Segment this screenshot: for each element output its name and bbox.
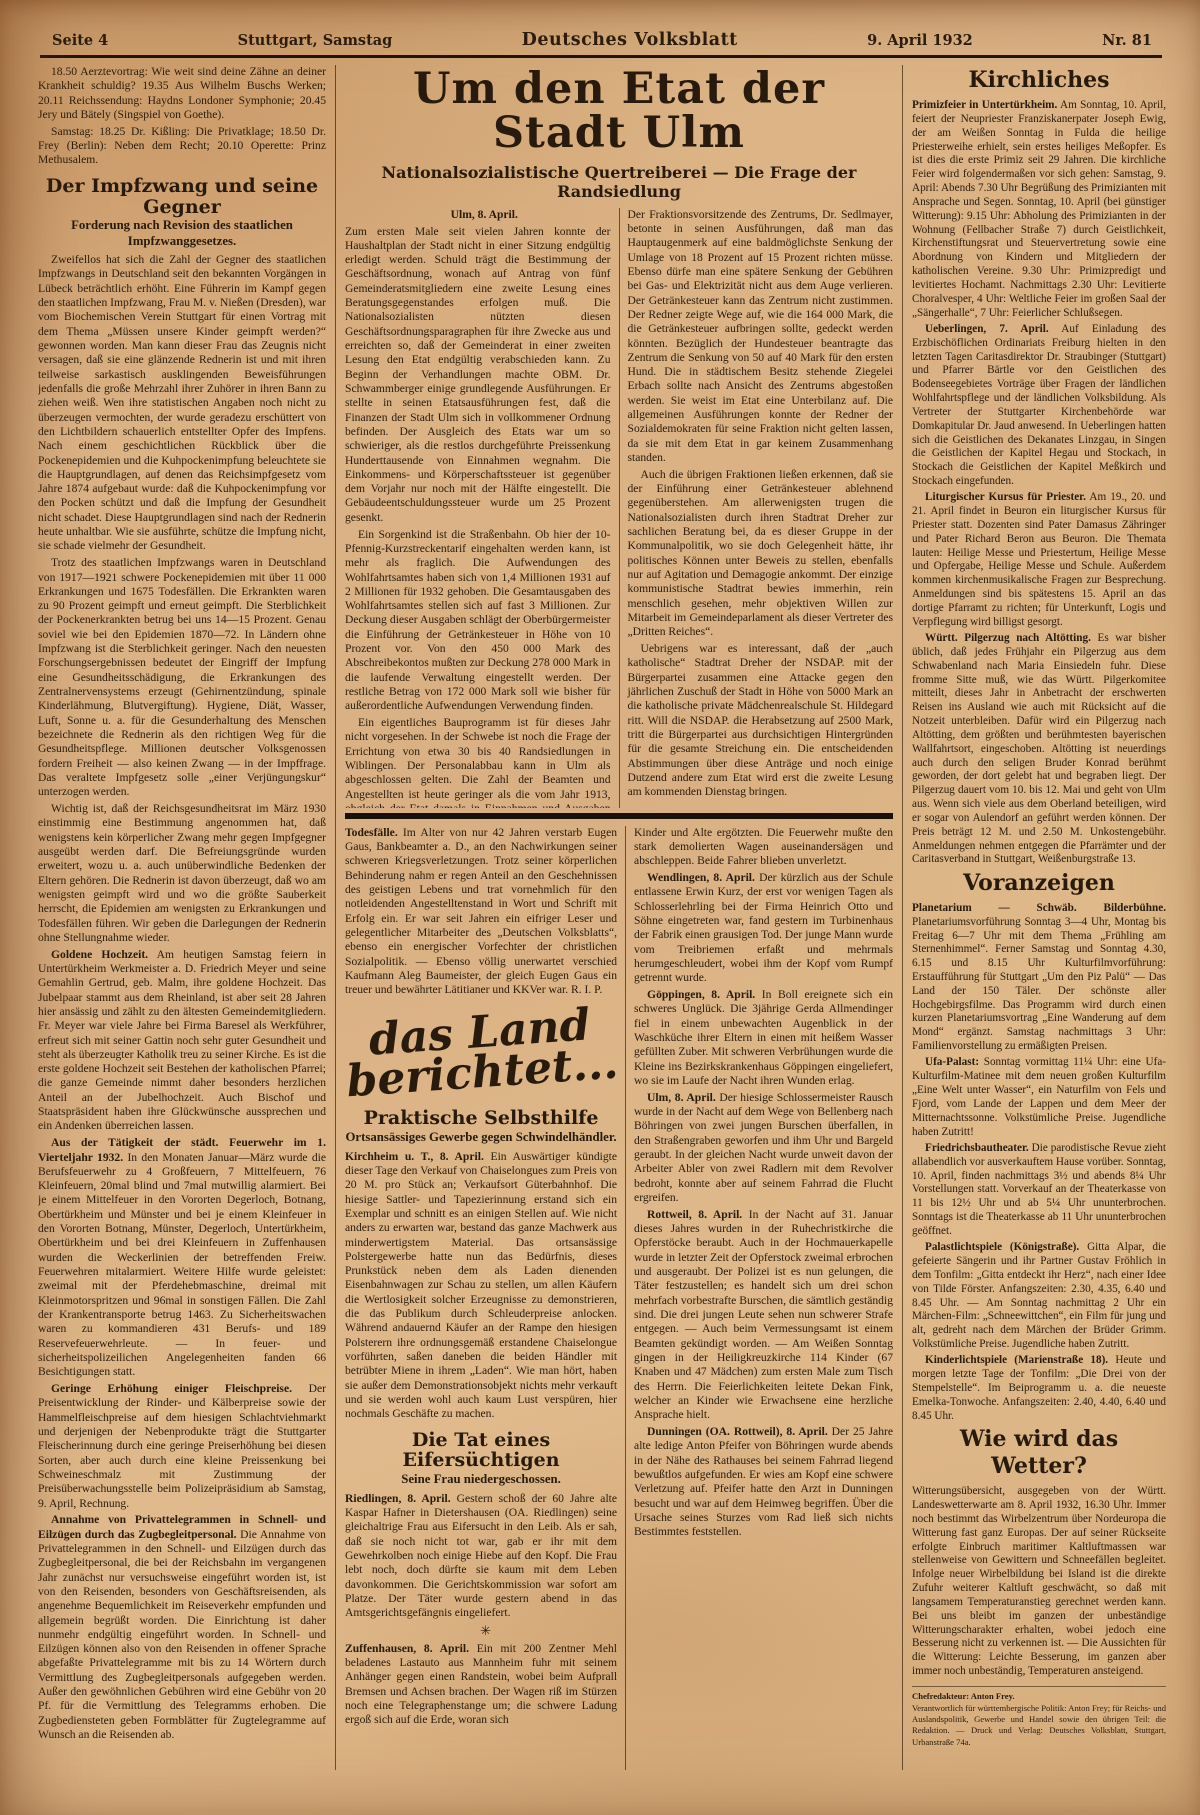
- lead-article-body: Ulm, 8. April. Zum ersten Male seit viel…: [345, 208, 893, 808]
- news-item-dateline: Rottweil, 8. April.: [647, 1208, 742, 1221]
- header-rule: [40, 55, 1162, 58]
- main-headline: Um den Etat der Stadt Ulm: [345, 68, 893, 156]
- impfzwang-paragraph: Zweifellos hat sich die Zahl der Gegner …: [38, 253, 326, 554]
- news-item-lead: Geringe Erhöhung einiger Fleischpreise.: [51, 1382, 292, 1395]
- voranzeige-text: Sonntag vormittag 11¼ Uhr: eine Ufa-Kult…: [912, 1056, 1166, 1137]
- news-item-text: Der Preisentwicklung der Rinder- und Käl…: [38, 1382, 326, 1510]
- page-columns: 18.50 Aerztevortrag: Wie weit sind deine…: [0, 60, 1200, 1770]
- news-item-todesfaelle: Todesfälle. Im Alter von nur 42 Jahren v…: [345, 826, 617, 998]
- impfzwang-paragraph: Wichtig ist, daß der Reichsgesundheitsra…: [38, 802, 326, 945]
- news-item-text: Ein Auswärtiger kündigte dieser Tage den…: [345, 1150, 617, 1421]
- regional-col-a: Todesfälle. Im Alter von nur 42 Jahren v…: [345, 826, 626, 1770]
- kirchliches-section-head: Kirchliches: [912, 67, 1166, 94]
- church-item-text: Es war bisher üblich, daß jedes Frühjahr…: [912, 632, 1166, 865]
- radio-program-samstag: Samstag: 18.25 Dr. Kißling: Die Privatkl…: [38, 125, 326, 168]
- imprint-editor-line: Chefredakteur: Anton Frey.: [912, 1691, 1166, 1702]
- voranzeige-text: Die parodistische Revue zieht allabendli…: [912, 1142, 1166, 1237]
- news-item-goeppingen: Göppingen, 8. April. In Boll ereignete s…: [634, 988, 893, 1088]
- news-item-fleischpreise: Geringe Erhöhung einiger Fleischpreise. …: [38, 1382, 326, 1511]
- lead-article-col-a: Ulm, 8. April. Zum ersten Male seit viel…: [345, 208, 620, 808]
- voranzeige-lead: Friedrichsbautheater.: [925, 1142, 1029, 1154]
- news-item-text: In Boll ereignete sich ein schweres Ungl…: [634, 988, 893, 1087]
- lead-article-header: Um den Etat der Stadt Ulm Nationalsozial…: [345, 65, 893, 208]
- selbsthilfe-subhead: Ortsansässiges Gewerbe gegen Schwindelhä…: [345, 1130, 617, 1145]
- church-item-pilgerzug: Württ. Pilgerzug nach Altötting. Es war …: [912, 632, 1166, 867]
- eifersucht-headline: Die Tat eines Eifersüchtigen: [345, 1430, 617, 1472]
- news-item-goldene-hochzeit: Goldene Hochzeit. Am heutigen Samstag fe…: [38, 948, 326, 1134]
- church-item-lead: Liturgischer Kursus für Priester.: [925, 491, 1086, 503]
- voranzeige-text: Planetariumsvorführung Sonntag 3—4 Uhr, …: [912, 916, 1166, 1052]
- regional-col-b: Kinder und Alte ergötzten. Die Feuerwehr…: [626, 826, 893, 1770]
- section-divider-bar: [345, 813, 893, 819]
- news-item-dateline: Ulm, 8. April.: [647, 1091, 716, 1104]
- selbsthilfe-headline: Praktische Selbsthilfe: [345, 1108, 617, 1129]
- voranzeige-lead: Ufa-Palast:: [925, 1056, 979, 1068]
- article-paragraph: Ein eigentliches Bauprogramm ist für die…: [345, 716, 611, 808]
- right-column: Kirchliches Primizfeier in Untertürkheim…: [902, 65, 1166, 1770]
- church-item-primizfeier: Primizfeier in Untertürkheim. Am Sonntag…: [912, 99, 1166, 320]
- voranzeige-lead: Palastlichtspiele (Königstraße).: [925, 1241, 1079, 1253]
- land-berichtet-script-title: das Land berichtet...: [345, 1004, 620, 1104]
- news-item-text: Der 25 Jahre alte ledige Anton Pfeifer v…: [634, 1425, 893, 1538]
- news-item-text: In den Monaten Januar—März wurde die Ber…: [38, 1151, 326, 1379]
- news-item-text: In der Nacht auf 31. Januar dieses Jahre…: [634, 1208, 893, 1421]
- voranzeige-lead: Kinderlichtspiele (Marienstraße 18).: [925, 1354, 1108, 1366]
- news-item-text: Im Alter von nur 42 Jahren verstarb Euge…: [345, 826, 617, 996]
- impfzwang-paragraph: Trotz des staatlichen Impfzwangs waren i…: [38, 556, 326, 799]
- news-item-dateline: Zuffenhausen, 8. April.: [345, 1642, 469, 1655]
- eifersucht-subhead: Seine Frau niedergeschossen.: [345, 1472, 617, 1487]
- masthead-title: Deutsches Volksblatt: [522, 30, 738, 50]
- news-item-feuerwehr: Aus der Tätigkeit der städt. Feuerwehr i…: [38, 1136, 326, 1379]
- church-item-liturgischer-kursus: Liturgischer Kursus für Priester. Am 19.…: [912, 491, 1166, 629]
- news-item-text: Gestern schoß der 60 Jahre alte Kaspar H…: [345, 1492, 617, 1620]
- article-paragraph: Uebrigens war es interessant, daß der „a…: [628, 642, 894, 799]
- news-item-telegramme: Annahme von Privattelegrammen in Schnell…: [38, 1513, 326, 1742]
- impfzwang-subhead: Forderung nach Revision des staatlichen …: [38, 218, 326, 249]
- article-paragraph: Zum ersten Male seit vielen Jahren konnt…: [345, 225, 611, 526]
- news-item-lead: Goldene Hochzeit.: [51, 948, 148, 961]
- star-separator: ✳: [345, 1623, 617, 1639]
- news-item-dateline: Dunningen (OA. Rottweil), 8. April.: [647, 1425, 828, 1438]
- news-item-wendlingen: Wendlingen, 8. April. Der kürzlich aus d…: [634, 871, 893, 986]
- lead-article-col-b: Der Fraktionsvorsitzende des Zentrums, D…: [620, 208, 894, 808]
- impfzwang-headline: Der Impfzwang und seine Gegner: [38, 176, 326, 218]
- news-item-dateline: Riedlingen, 8. April.: [345, 1492, 451, 1505]
- church-item-text: Auf Einladung des Erzbischöflichen Ordin…: [912, 323, 1166, 487]
- radio-program-tail: 18.50 Aerztevortrag: Wie weit sind deine…: [38, 65, 326, 122]
- news-item-rottweil: Rottweil, 8. April. In der Nacht auf 31.…: [634, 1208, 893, 1423]
- church-item-ueberlingen: Ueberlingen, 7. April. Auf Einladung des…: [912, 323, 1166, 489]
- news-item-text: Die Annahme von Privattelegrammen in den…: [38, 1528, 326, 1741]
- weather-report-text: Witterungsübersicht, ausgegeben von der …: [912, 1485, 1166, 1679]
- left-column: 18.50 Aerztevortrag: Wie weit sind deine…: [38, 65, 336, 1770]
- news-item-riedlingen: Riedlingen, 8. April. Gestern schoß der …: [345, 1492, 617, 1621]
- news-item-dunningen: Dunningen (OA. Rottweil), 8. April. Der …: [634, 1425, 893, 1540]
- news-item-ulm: Ulm, 8. April. Der hiesige Schlossermeis…: [634, 1091, 893, 1206]
- voranzeige-palastlichtspiele: Palastlichtspiele (Königstraße). Gitta A…: [912, 1241, 1166, 1352]
- regional-news-section: Todesfälle. Im Alter von nur 42 Jahren v…: [345, 826, 893, 1770]
- news-item-zuffenhausen: Zuffenhausen, 8. April. Ein mit 200 Zent…: [345, 1642, 617, 1728]
- weather-section-head: Wie wird das Wetter?: [912, 1426, 1166, 1480]
- imprint-editor: Chefredakteur: Anton Frey.: [912, 1691, 1015, 1701]
- church-item-lead: Ueberlingen, 7. April.: [925, 323, 1049, 335]
- news-item-dateline: Kirchheim u. T., 8. April.: [345, 1150, 484, 1163]
- voranzeige-kinderlichtspiele: Kinderlichtspiele (Marienstraße 18). Heu…: [912, 1354, 1166, 1423]
- voranzeigen-section-head: Voranzeigen: [912, 870, 1166, 897]
- imprint-publisher-line: Verantwortlich für württembergische Poli…: [912, 1703, 1166, 1748]
- voranzeige-friedrichsbau: Friedrichsbautheater. Die parodistische …: [912, 1142, 1166, 1239]
- date-label: 9. April 1932: [867, 32, 973, 49]
- church-item-lead: Primizfeier in Untertürkheim.: [912, 99, 1057, 111]
- voranzeige-ufa-palast: Ufa-Palast: Sonntag vormittag 11¼ Uhr: e…: [912, 1056, 1166, 1139]
- news-item-kirchheim: Kirchheim u. T., 8. April. Ein Auswärtig…: [345, 1150, 617, 1422]
- middle-section: Um den Etat der Stadt Ulm Nationalsozial…: [336, 65, 902, 1770]
- news-item-continuation: Kinder und Alte ergötzten. Die Feuerwehr…: [634, 826, 893, 869]
- church-item-text: Am Sonntag, 10. April, feiert der Neupri…: [912, 99, 1166, 318]
- issue-number-label: Nr. 81: [1102, 32, 1152, 49]
- imprint-block: Chefredakteur: Anton Frey. Verantwortlic…: [912, 1686, 1166, 1748]
- page-number-label: Seite 4: [52, 32, 108, 49]
- news-item-dateline: Wendlingen, 8. April.: [647, 871, 755, 884]
- church-item-lead: Württ. Pilgerzug nach Altötting.: [925, 632, 1091, 644]
- article-paragraph: Ein Sorgenkind ist die Straßenbahn. Ob h…: [345, 528, 611, 714]
- voranzeige-planetarium: Planetarium — Schwäb. Bilderbühne. Plane…: [912, 902, 1166, 1054]
- masthead-row: Seite 4 Stuttgart, Samstag Deutsches Vol…: [0, 0, 1200, 55]
- news-item-text: Der kürzlich aus der Schule entlassene E…: [634, 871, 893, 984]
- news-item-text: Am heutigen Samstag feiern in Untertürkh…: [38, 948, 326, 1133]
- news-item-lead: Todesfälle.: [345, 826, 398, 839]
- newspaper-page: Seite 4 Stuttgart, Samstag Deutsches Vol…: [0, 0, 1200, 1815]
- article-paragraph: Der Fraktionsvorsitzende des Zentrums, D…: [628, 208, 894, 466]
- news-item-text: Der hiesige Schlossermeister Rausch wurd…: [634, 1091, 893, 1204]
- article-paragraph: Auch die übrigen Fraktionen ließen erken…: [628, 468, 894, 640]
- church-item-text: Am 19., 20. und 21. April findet in Beur…: [912, 491, 1166, 627]
- city-day-label: Stuttgart, Samstag: [238, 32, 393, 49]
- news-item-dateline: Göppingen, 8. April.: [647, 988, 755, 1001]
- article-dateline: Ulm, 8. April.: [345, 208, 611, 222]
- main-subheadline: Nationalsozialistische Quertreiberei — D…: [345, 163, 893, 201]
- voranzeige-lead: Planetarium — Schwäb. Bilderbühne.: [912, 902, 1166, 914]
- voranzeige-text: Gitta Alpar, die gefeierte Sängerin und …: [912, 1241, 1166, 1350]
